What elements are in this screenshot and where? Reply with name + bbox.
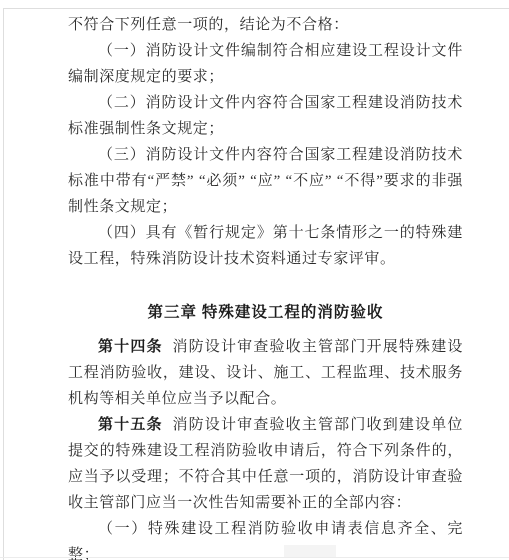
paragraph-intro: 不符合下列任意一项的，结论为不合格： (68, 12, 463, 38)
list-item-15-1: （一）特殊建设工程消防验收申请表信息齐全、完整； (68, 516, 463, 560)
document-page: 不符合下列任意一项的，结论为不合格： （一）消防设计文件编制符合相应建设工程设计… (0, 0, 509, 560)
document-content: 不符合下列任意一项的，结论为不合格： （一）消防设计文件编制符合相应建设工程设计… (0, 0, 509, 560)
article-14-paragraph: 第十四条消防设计审查验收主管部门开展特殊建设工程消防验收，建设、设计、施工、工程… (68, 334, 463, 412)
article-14-label: 第十四条 (98, 339, 163, 355)
list-item-1: （一）消防设计文件编制符合相应建设工程设计文件编制深度规定的要求； (68, 38, 463, 90)
list-item-4: （四）具有《暂行规定》第十七条情形之一的特殊建设工程，特殊消防设计技术资料通过专… (68, 220, 463, 272)
article-15-paragraph: 第十五条消防设计审查验收主管部门收到建设单位提交的特殊建设工程消防验收申请后，符… (68, 412, 463, 516)
list-item-3: （三）消防设计文件内容符合国家工程建设消防技术标准中带有“严禁” “必须” “应… (68, 142, 463, 220)
page-bottom-edge (0, 557, 509, 558)
chapter-heading: 第三章 特殊建设工程的消防验收 (68, 300, 463, 326)
list-item-2: （二）消防设计文件内容符合国家工程建设消防技术标准强制性条文规定； (68, 90, 463, 142)
article-15-label: 第十五条 (98, 417, 163, 433)
